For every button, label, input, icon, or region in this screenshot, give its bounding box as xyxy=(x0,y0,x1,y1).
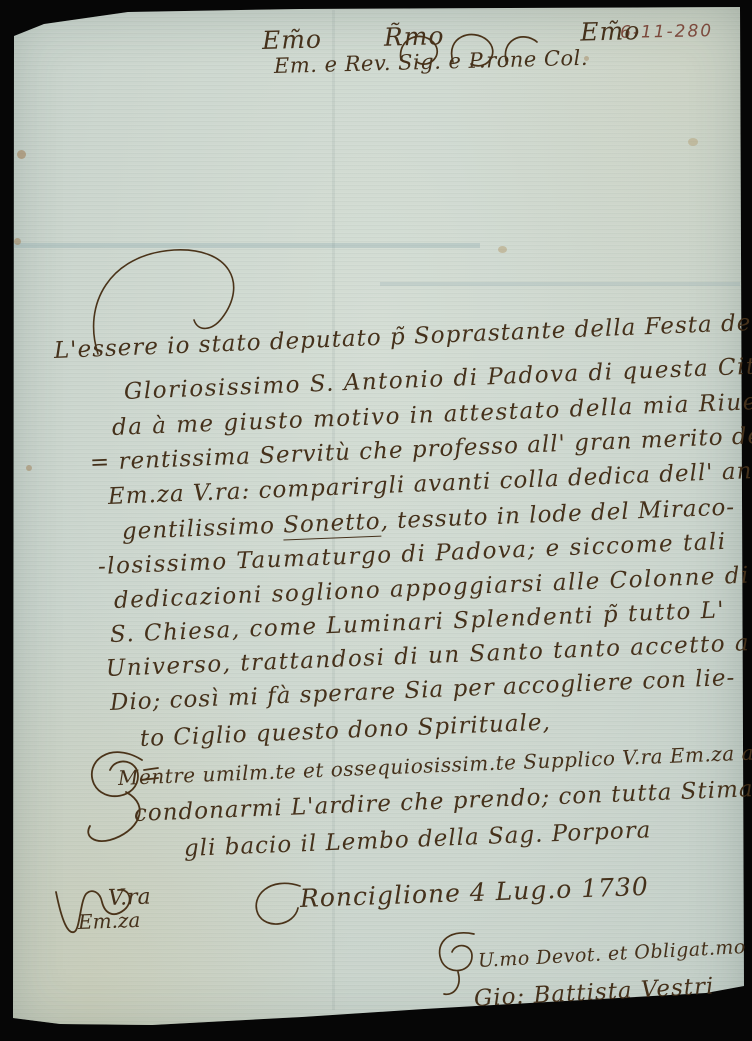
manuscript-scan: 6-11-280 Em̃o R̃mo Em̃o Em. e Rev. Sig. … xyxy=(0,0,752,1041)
closing-sender-line1: V.ra xyxy=(108,885,152,911)
header-emo-2: Em̃o xyxy=(580,16,641,47)
foxing-spot xyxy=(17,150,26,159)
foxing-spot xyxy=(14,238,21,245)
horizontal-fold-crease-right xyxy=(380,282,740,286)
header-emo-1: Em̃o xyxy=(262,24,323,55)
foxing-spot xyxy=(498,246,507,253)
foxing-spot xyxy=(688,138,698,146)
margin-q-flourish xyxy=(80,740,180,850)
sonetto-word-underlined: Sonetto xyxy=(283,509,381,541)
closing-sender-line2: Em.za xyxy=(78,908,141,934)
foxing-spot xyxy=(26,465,32,471)
